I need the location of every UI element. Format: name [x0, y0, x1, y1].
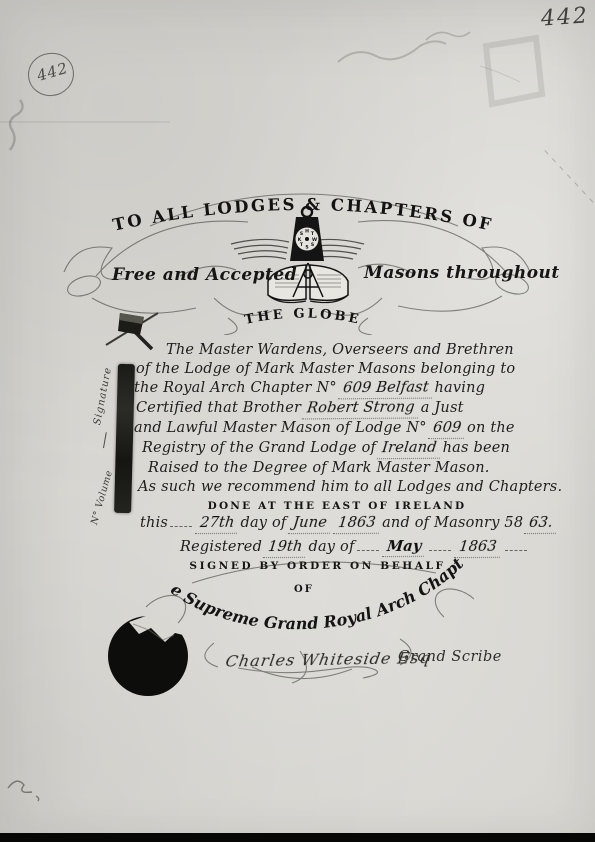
hw-chapter-number: 609 Belfast — [338, 379, 434, 400]
svg-text:W: W — [312, 237, 317, 243]
svg-text:S: S — [305, 245, 308, 251]
blank-dash — [357, 540, 379, 551]
margin-dash — [103, 432, 107, 448]
body-line-2: of the Lodge of Mark Master Masons belon… — [134, 360, 540, 379]
hw-lodge-number: 609 — [428, 419, 467, 439]
hw-country: Ireland — [377, 439, 442, 460]
holder-signature-bar — [114, 364, 135, 513]
chapter-engraving: The Supreme Grand Royal Arch Chapter — [0, 555, 595, 695]
scan-edge-bar — [0, 833, 595, 842]
svg-text:K: K — [298, 237, 302, 243]
faint-stamp-mark — [478, 34, 548, 114]
archive-number-text: 442 — [35, 59, 70, 85]
hw-brother-name: Robert Strong — [302, 398, 420, 419]
body-line-1: The Master Wardens, Overseers and Brethr… — [134, 341, 540, 360]
hw-year: 1863 — [333, 514, 381, 534]
certificate-page: 442 442 — [0, 0, 595, 842]
blank-dash — [429, 540, 451, 551]
globe-title-text: THE GLOBE — [243, 306, 362, 328]
bottom-pencil-squiggle — [4, 768, 50, 802]
body-line-8: As such we recommend him to all Lodges a… — [134, 478, 540, 497]
body-line-7: Raised to the Degree of Mark Master Maso… — [134, 459, 540, 478]
circled-archive-number: 442 — [26, 51, 76, 99]
margin-volume-label: N° Volume — [89, 469, 115, 526]
certificate-body: The Master Wardens, Overseers and Brethr… — [134, 341, 540, 558]
keystone-emblem: H T W S S T K S — [290, 207, 324, 261]
header-engraving: TO ALL LODGES & CHAPTERS OF H T W S S T … — [0, 180, 595, 335]
hw-month: June — [287, 514, 331, 534]
body-line-6: Registry of the Grand Lodge ofIrelandhas… — [134, 439, 540, 459]
svg-text:H: H — [305, 229, 309, 235]
svg-text:S: S — [300, 231, 303, 237]
right-phrase: Masons throughout — [364, 263, 560, 283]
grand-scribe-title: Grand Scribe — [398, 649, 502, 665]
hw-masonry-year: 63. — [524, 514, 558, 534]
date-line: this27thday ofJune1863and of Masonry 586… — [134, 514, 540, 534]
svg-text:S: S — [311, 242, 314, 248]
body-line-5: and Lawful Master Mason of Lodge N°609on… — [134, 419, 540, 439]
done-at-east-line: DONE AT THE EAST OF IRELAND — [134, 500, 540, 512]
body-line-3: the Royal Arch Chapter N°609 Belfasthavi… — [134, 379, 540, 399]
left-phrase: Free and Accepted — [112, 265, 297, 285]
margin-signature-label: Signature — [92, 366, 114, 426]
blank-dash — [505, 540, 527, 551]
left-edge-pencil-smudge — [2, 80, 28, 160]
wax-seal — [105, 610, 197, 702]
hw-day: 27th — [195, 514, 240, 534]
blank-dash — [170, 516, 192, 527]
body-line-4: Certified that BrotherRobert Stronga Jus… — [134, 399, 540, 419]
crease-line-left — [0, 121, 170, 123]
